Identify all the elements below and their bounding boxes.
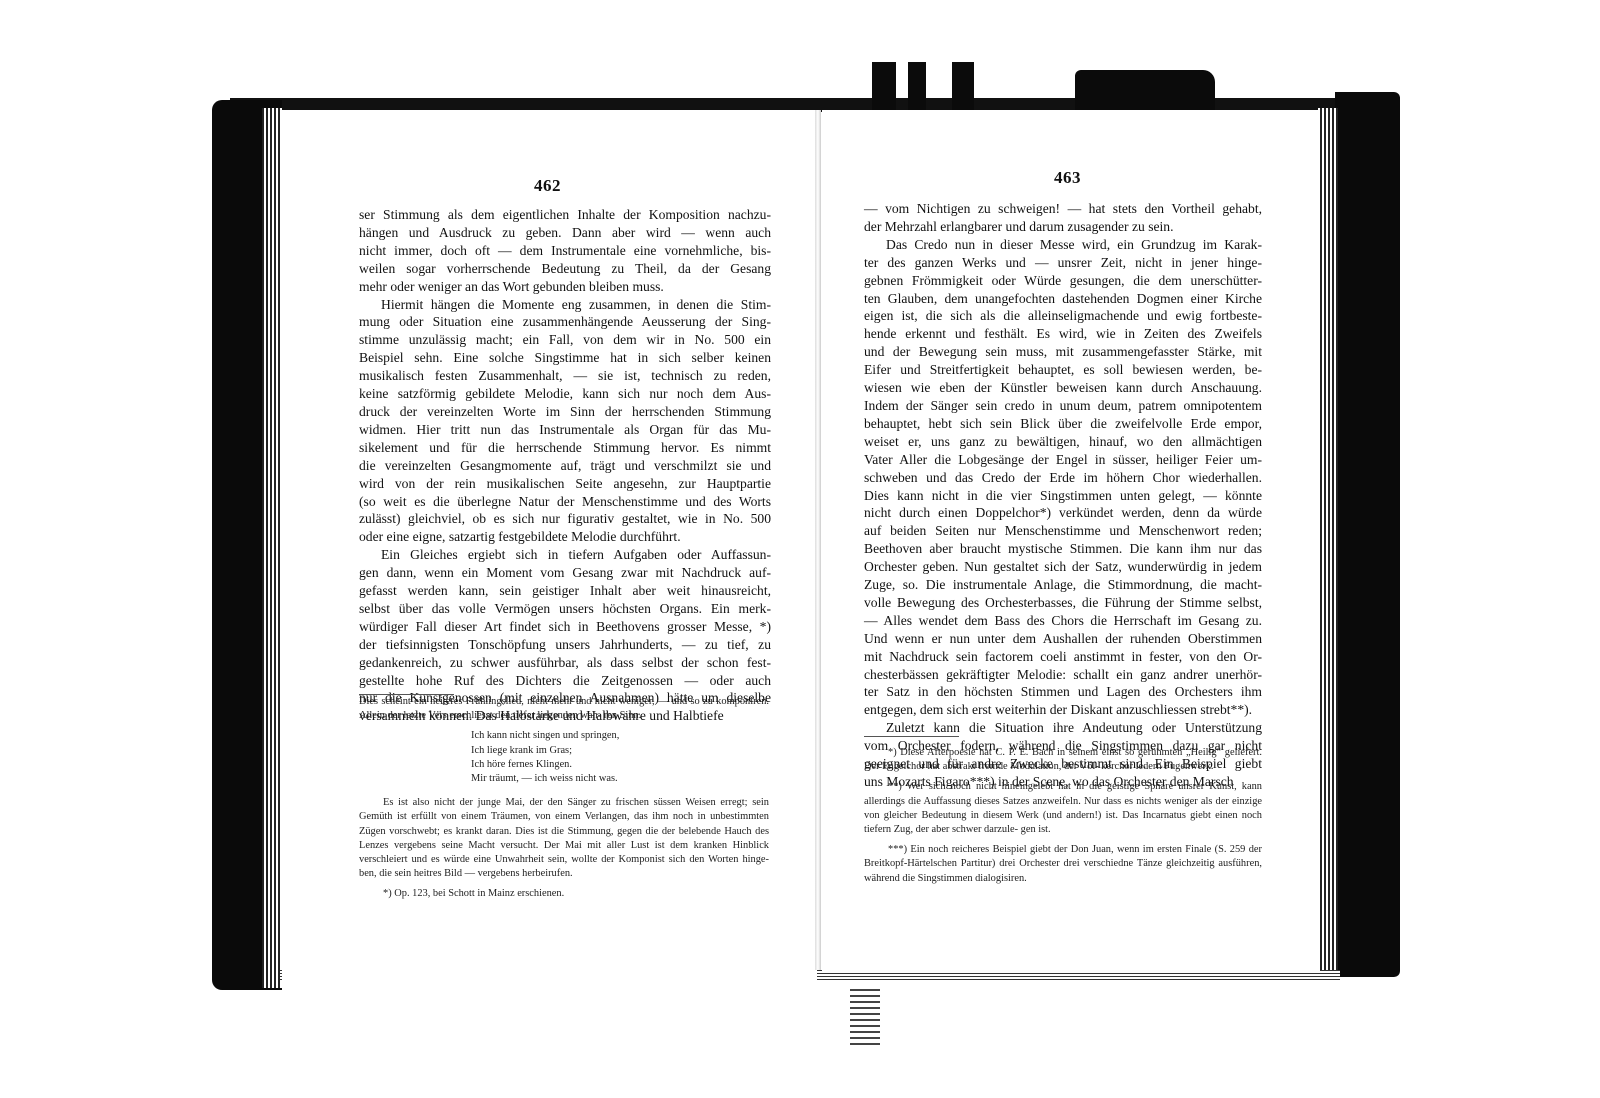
verse-line: Mir träumt, — ich weiss nicht was. [471, 772, 769, 786]
footnote-commentary: Es ist also nicht der junge Mai, der den… [359, 796, 769, 881]
text-line: Das Credo nun in dieser Messe wird, ein … [864, 236, 1262, 254]
text-line: ser Stimmung als dem eigentlichen Inhalt… [359, 206, 771, 224]
text-line: der Mehrzahl erlangbarer und darum zusag… [864, 218, 1262, 236]
text-line: gedankenreich, zu schwer ausführbar, als… [359, 654, 771, 672]
paragraph: — vom Nichtigen zu schweigen! — hat stet… [864, 200, 1262, 236]
text-line: mehr oder weniger an das Wort gebunden b… [359, 278, 771, 296]
text-line: — vom Nichtigen zu schweigen! — hat stet… [864, 200, 1262, 218]
text-line: auf beiden Seiten nur Menschenstimme und… [864, 522, 1262, 540]
text-line: oder eine eigne, satzartig festgebildete… [359, 528, 771, 546]
text-line: gebnen Frömmigkeit oder Würde gesungen, … [864, 272, 1262, 290]
footnote-intro: Dies scheint ein heiteres Frühlingslied,… [359, 695, 769, 723]
text-line: nicht durch einen Doppelchor*) verkündet… [864, 504, 1262, 522]
text-line: weiset er, uns ganz zu bewältigen, hinau… [864, 433, 1262, 451]
book-gutter [815, 110, 821, 970]
right-page: 463 — vom Nichtigen zu schweigen! — hat … [822, 110, 1320, 972]
text-line: und der Bewegung sein muss, mit zusammen… [864, 343, 1262, 361]
footnote-verse: Ich kann nicht singen und springen,Ich l… [471, 729, 769, 786]
text-line: zulässt) gleichviel, ob es sich nur figu… [359, 510, 771, 528]
text-line: Orchester geben. Nun gestaltet sich der … [864, 558, 1262, 576]
text-line: chesterbässen gekräftigter Melodie: scha… [864, 666, 1262, 684]
left-body-text: ser Stimmung als dem eigentlichen Inhalt… [359, 206, 771, 725]
paragraph: ser Stimmung als dem eigentlichen Inhalt… [359, 206, 771, 296]
text-line: sikelement und für die herrschende Stimm… [359, 439, 771, 457]
text-line: wird von der rein musikalischen Seite an… [359, 475, 771, 493]
text-line: Eifer und Streitfertigkeit behauptet, es… [864, 361, 1262, 379]
text-line: der tiefsinnigsten Tonschöpfung unsers J… [359, 636, 771, 654]
book-tab-mark [872, 62, 896, 110]
page-number: 462 [534, 176, 561, 196]
right-body-text: — vom Nichtigen zu schweigen! — hat stet… [864, 200, 1262, 791]
text-line: (so weit es die überlegne Natur der Mens… [359, 493, 771, 511]
book-tab-mark [952, 62, 974, 110]
text-line: Zuge, so. Die instrumentale Anlage, die … [864, 576, 1262, 594]
text-line: widmen. Hier tritt nun das Instrumentale… [359, 421, 771, 439]
page-edges-right [1318, 108, 1338, 978]
text-line: Hiermit hängen die Momente eng zusammen,… [359, 296, 771, 314]
text-line: würdiger Fall dieser Art findet sich in … [359, 618, 771, 636]
text-line: gefasst werden kann, sein geistiger Inha… [359, 582, 771, 600]
text-line: gestellte hohe Ruf des Dichters die Zeit… [359, 672, 771, 690]
text-line: Und wenn er nun unter dem Aushallen der … [864, 630, 1262, 648]
text-line: eigen ist, die sich als die alleinseligm… [864, 307, 1262, 325]
text-line: die vereinzelten Gesangmomente auf, träg… [359, 457, 771, 475]
footnote-star: *) Op. 123, bei Schott in Mainz erschien… [359, 887, 769, 901]
text-line: druck der vereinzelten Worte im Sinn der… [359, 403, 771, 421]
text-line: selbst über das volle Vermögen unsers hö… [359, 600, 771, 618]
text-line: nicht immer, doch oft — dem Instrumental… [359, 242, 771, 260]
text-line: Beispiel sehn. Eine solche Singstimme ha… [359, 349, 771, 367]
footnote: *) Diese Afterpoesie hat C. P. E. Bach i… [864, 746, 1262, 774]
text-line: wiesen wie eben der Künstler beweisen ka… [864, 379, 1262, 397]
text-line: ter des ganzen Werks und — unsrer Zeit, … [864, 254, 1262, 272]
paragraph: Hiermit hängen die Momente eng zusammen,… [359, 296, 771, 547]
text-line: gen dann, wenn ein Moment vom Gesang zwa… [359, 564, 771, 582]
right-footnotes: *) Diese Afterpoesie hat C. P. E. Bach i… [864, 746, 1262, 892]
text-line: schweben und das Credo der Erde im höher… [864, 469, 1262, 487]
page-number: 463 [1054, 168, 1081, 188]
book-tab-mark [1075, 70, 1215, 110]
verse-line: Ich höre fernes Klingen. [471, 758, 769, 772]
text-line: mung oder Situation eine zusammenhängend… [359, 313, 771, 331]
left-page: 462 ser Stimmung als dem eigentlichen In… [282, 110, 817, 980]
text-line: Indem der Sänger sein credo in unum deum… [864, 397, 1262, 415]
page-edges-left [262, 108, 282, 988]
text-line: keine satzförmig gebildete Melodie, kann… [359, 385, 771, 403]
verse-line: Ich liege krank im Gras; [471, 744, 769, 758]
footnote: ***) Ein noch reicheres Beispiel giebt d… [864, 843, 1262, 886]
text-line: Zuletzt kann die Situation ihre Andeutun… [864, 719, 1262, 737]
text-line: musikalisch festen Zusammenhalt, — sie i… [359, 367, 771, 385]
scan-artifact [850, 985, 880, 1045]
text-line: mit Nachdruck sein factorem coeli anstim… [864, 648, 1262, 666]
text-line: — Alles wendet dem Bass des Chors die He… [864, 612, 1262, 630]
book-cover-right [1335, 92, 1400, 977]
footnote-separator [864, 736, 959, 737]
text-line: ten Glauben, dem unangefochten dastehend… [864, 290, 1262, 308]
text-line: Beethoven aber braucht mystische Stimmen… [864, 540, 1262, 558]
paragraph: Das Credo nun in dieser Messe wird, ein … [864, 236, 1262, 719]
text-line: ter Satz in den höchsten Stimmen und Lag… [864, 683, 1262, 701]
text-line: volle Bewegung des Orchesterbasses, die … [864, 594, 1262, 612]
text-line: behauptet, hebt sich sein Blick über die… [864, 415, 1262, 433]
text-line: weilen sogar vorherrschende Bedeutung zu… [359, 260, 771, 278]
text-line: entgegen, dem sich erst weiterhin der Di… [864, 701, 1262, 719]
text-line: stimme unzulässig macht; ein Fall, von d… [359, 331, 771, 349]
left-footnotes: Dies scheint ein heiteres Frühlingslied,… [359, 695, 769, 908]
book-tab-mark [908, 62, 926, 110]
verse-line: Ich kann nicht singen und springen, [471, 729, 769, 743]
text-line: Dies kann nicht in die vier Singstimmen … [864, 487, 1262, 505]
text-line: Vater Aller die Lobgesänge der Engel in … [864, 451, 1262, 469]
text-line: hende erkennt und festhält. Es wird, wie… [864, 325, 1262, 343]
text-line: Ein Gleiches ergiebt sich in tiefern Auf… [359, 546, 771, 564]
footnote: **) Wer sich noch nicht hineingelebt hat… [864, 780, 1262, 837]
text-line: hängen und Ausdruck zu geben. Dann aber … [359, 224, 771, 242]
